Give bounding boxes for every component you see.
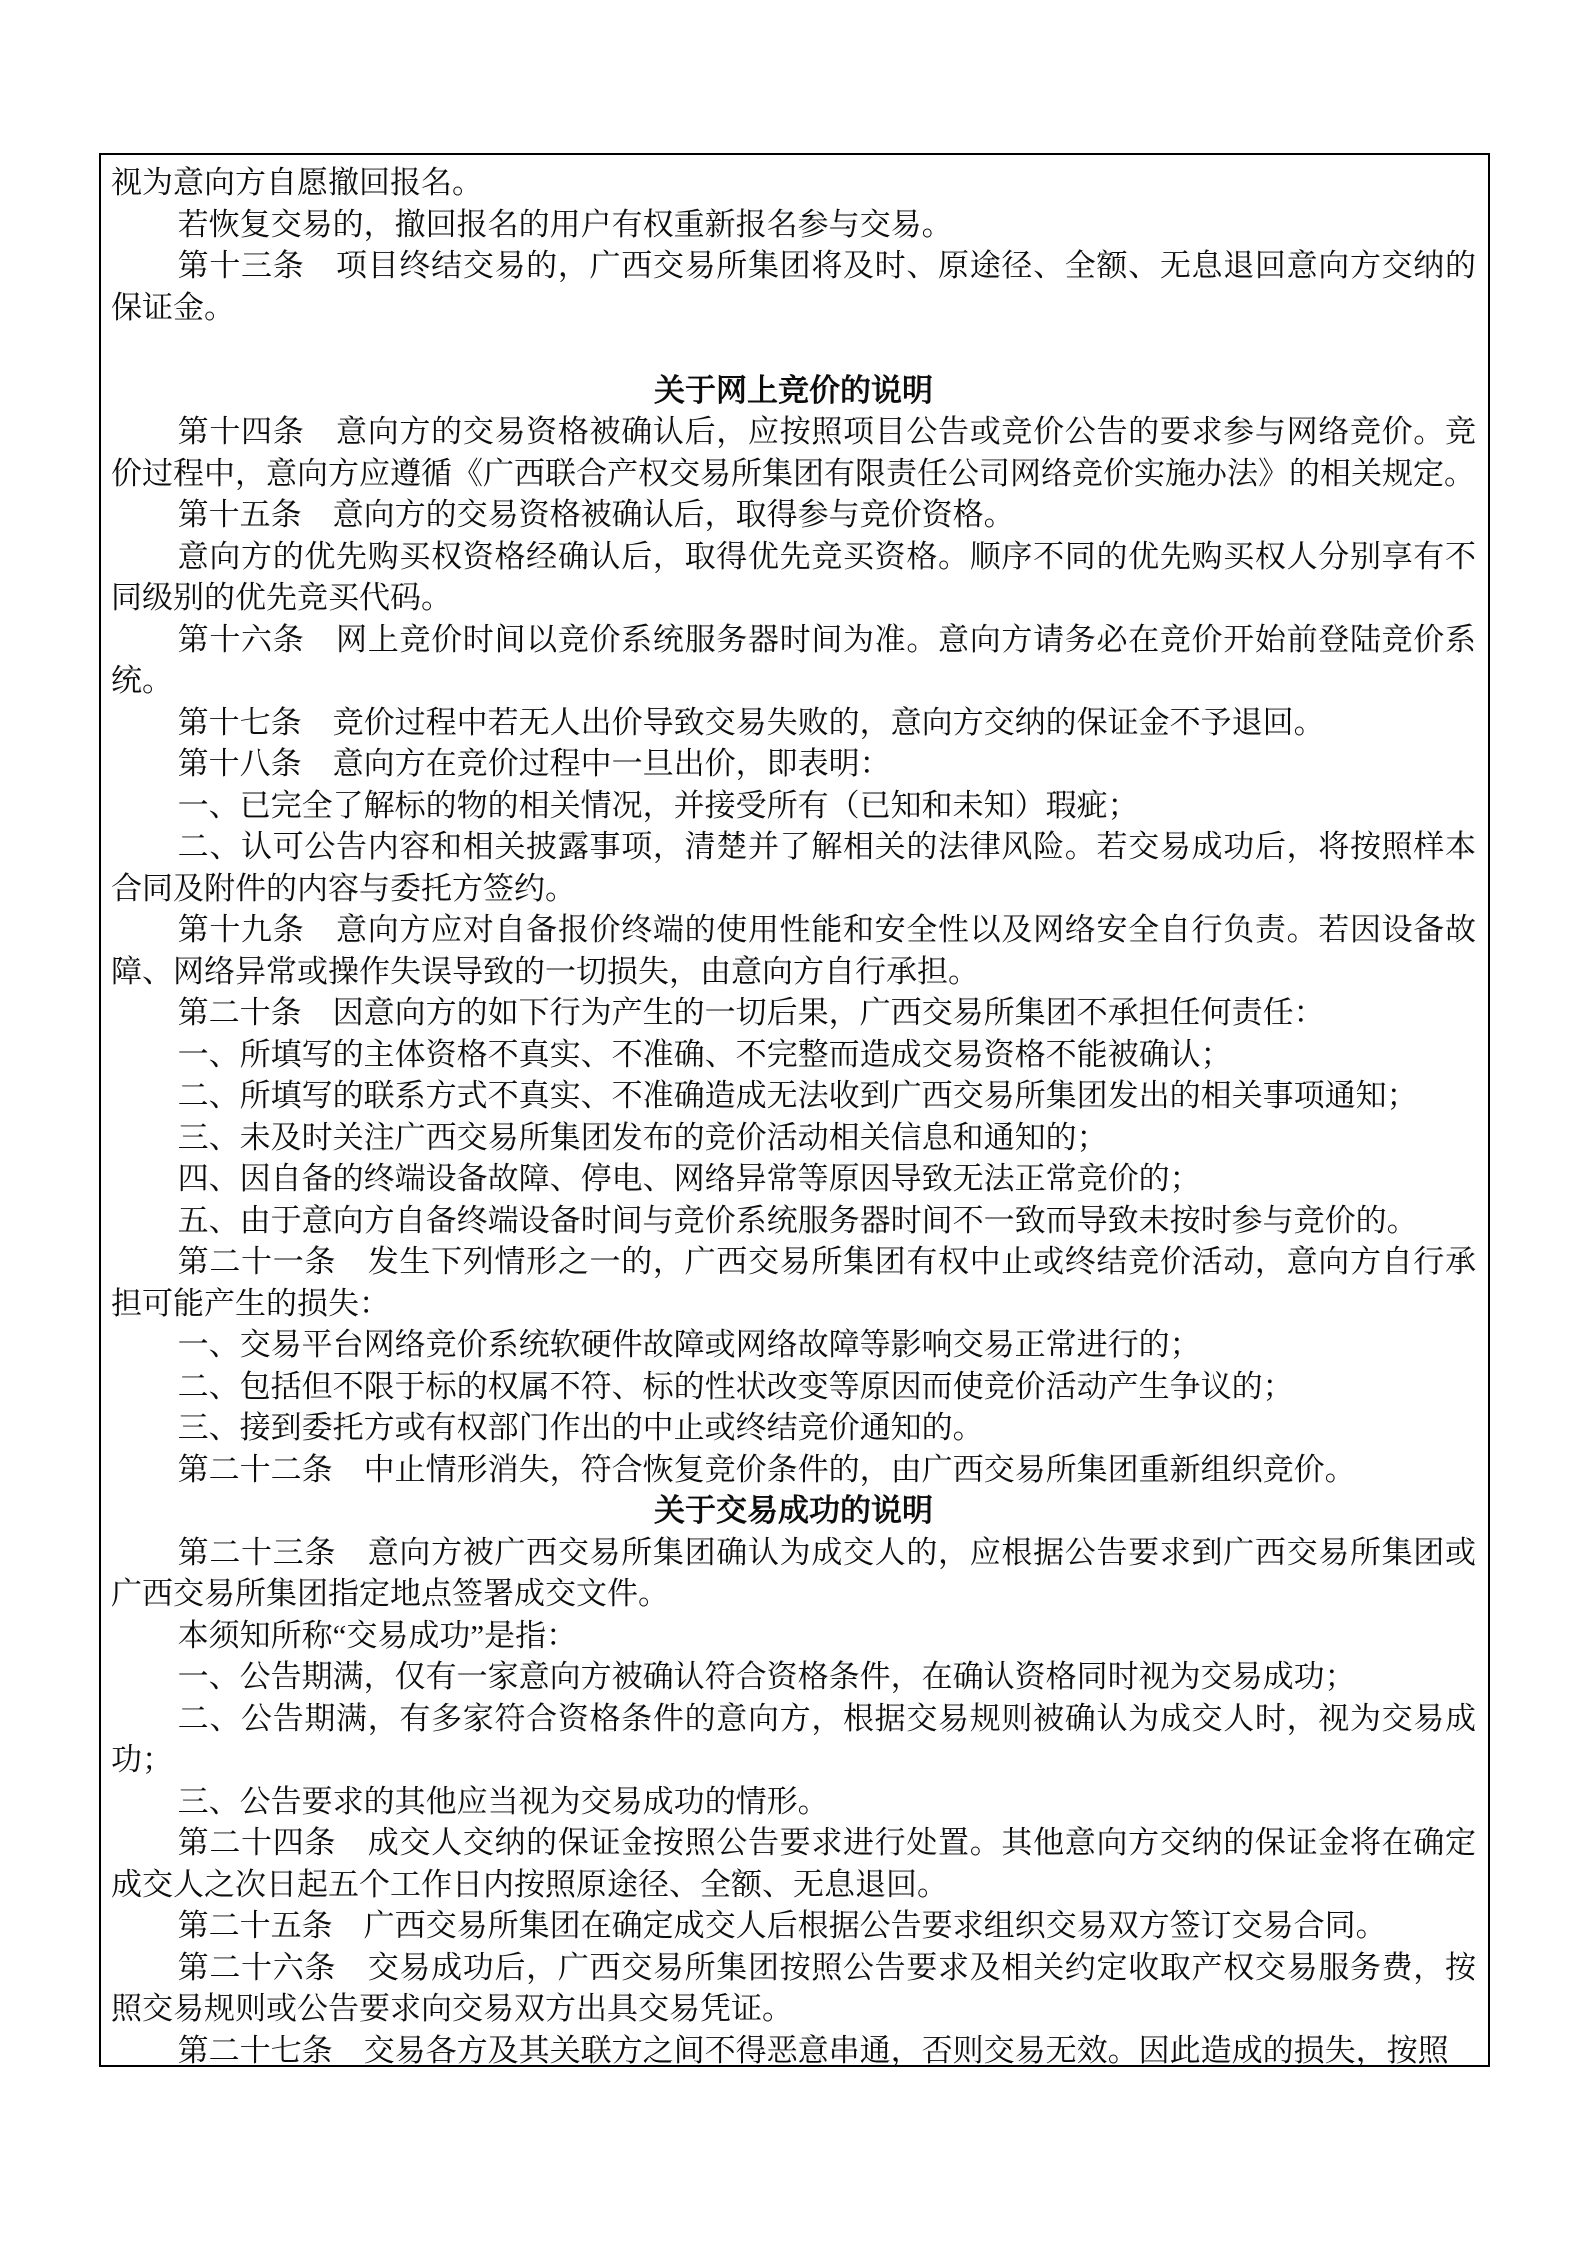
doc-paragraph: 第十四条 意向方的交易资格被确认后，应按照项目公告或竞价公告的要求参与网络竞价。… — [111, 411, 1476, 494]
doc-paragraph: 第十九条 意向方应对自备报价终端的使用性能和安全性以及网络安全自行负责。若因设备… — [111, 909, 1476, 992]
doc-paragraph: 第二十三条 意向方被广西交易所集团确认为成交人的，应根据公告要求到广西交易所集团… — [111, 1532, 1476, 1615]
doc-paragraph: 一、交易平台网络竞价系统软硬件故障或网络故障等影响交易正常进行的； — [111, 1324, 1476, 1366]
doc-paragraph: 第二十一条 发生下列情形之一的，广西交易所集团有权中止或终结竞价活动，意向方自行… — [111, 1241, 1476, 1324]
doc-paragraph: 三、公告要求的其他应当视为交易成功的情形。 — [111, 1781, 1476, 1823]
doc-paragraph: 五、由于意向方自备终端设备时间与竞价系统服务器时间不一致而导致未按时参与竞价的。 — [111, 1200, 1476, 1242]
doc-paragraph: 第二十六条 交易成功后，广西交易所集团按照公告要求及相关约定收取产权交易服务费，… — [111, 1947, 1476, 2030]
doc-paragraph: 意向方的优先购买权资格经确认后，取得优先竞买资格。顺序不同的优先购买权人分别享有… — [111, 536, 1476, 619]
doc-paragraph: 若恢复交易的，撤回报名的用户有权重新报名参与交易。 — [111, 204, 1476, 246]
blank-line — [111, 328, 1476, 370]
doc-paragraph: 三、未及时关注广西交易所集团发布的竞价活动相关信息和通知的； — [111, 1117, 1476, 1159]
doc-paragraph: 二、认可公告内容和相关披露事项，清楚并了解相关的法律风险。若交易成功后，将按照样… — [111, 826, 1476, 909]
doc-paragraph: 四、因自备的终端设备故障、停电、网络异常等原因导致无法正常竞价的； — [111, 1158, 1476, 1200]
section-heading: 关于交易成功的说明 — [111, 1490, 1476, 1532]
doc-paragraph: 第二十四条 成交人交纳的保证金按照公告要求进行处置。其他意向方交纳的保证金将在确… — [111, 1822, 1476, 1905]
doc-paragraph: 第十六条 网上竞价时间以竞价系统服务器时间为准。意向方请务必在竞价开始前登陆竞价… — [111, 619, 1476, 702]
doc-paragraph: 二、所填写的联系方式不真实、不准确造成无法收到广西交易所集团发出的相关事项通知； — [111, 1075, 1476, 1117]
doc-paragraph: 一、所填写的主体资格不真实、不准确、不完整而造成交易资格不能被确认； — [111, 1034, 1476, 1076]
doc-paragraph: 二、公告期满，有多家符合资格条件的意向方，根据交易规则被确认为成交人时，视为交易… — [111, 1698, 1476, 1781]
doc-paragraph: 第二十二条 中止情形消失，符合恢复竞价条件的，由广西交易所集团重新组织竞价。 — [111, 1449, 1476, 1491]
doc-paragraph: 二、包括但不限于标的权属不符、标的性状改变等原因而使竞价活动产生争议的； — [111, 1366, 1476, 1408]
section-heading: 关于网上竞价的说明 — [111, 370, 1476, 412]
doc-paragraph: 第二十条 因意向方的如下行为产生的一切后果，广西交易所集团不承担任何责任： — [111, 992, 1476, 1034]
document-text-cell: 视为意向方自愿撤回报名。若恢复交易的，撤回报名的用户有权重新报名参与交易。第十三… — [99, 153, 1490, 2067]
doc-paragraph: 第十八条 意向方在竞价过程中一旦出价，即表明： — [111, 743, 1476, 785]
doc-paragraph: 本须知所称“交易成功”是指： — [111, 1615, 1476, 1657]
doc-paragraph: 第十五条 意向方的交易资格被确认后，取得参与竞价资格。 — [111, 494, 1476, 536]
doc-paragraph: 视为意向方自愿撤回报名。 — [111, 162, 1476, 204]
doc-paragraph: 第二十五条 广西交易所集团在确定成交人后根据公告要求组织交易双方签订交易合同。 — [111, 1905, 1476, 1947]
doc-paragraph: 一、公告期满，仅有一家意向方被确认符合资格条件，在确认资格同时视为交易成功； — [111, 1656, 1476, 1698]
doc-paragraph: 一、已完全了解标的物的相关情况，并接受所有（已知和未知）瑕疵； — [111, 785, 1476, 827]
doc-paragraph: 第十三条 项目终结交易的，广西交易所集团将及时、原途径、全额、无息退回意向方交纳… — [111, 245, 1476, 328]
doc-paragraph: 三、接到委托方或有权部门作出的中止或终结竞价通知的。 — [111, 1407, 1476, 1449]
doc-paragraph: 第二十七条 交易各方及其关联方之间不得恶意串通，否则交易无效。因此造成的损失，按… — [111, 2030, 1476, 2068]
doc-paragraph: 第十七条 竞价过程中若无人出价导致交易失败的，意向方交纳的保证金不予退回。 — [111, 702, 1476, 744]
